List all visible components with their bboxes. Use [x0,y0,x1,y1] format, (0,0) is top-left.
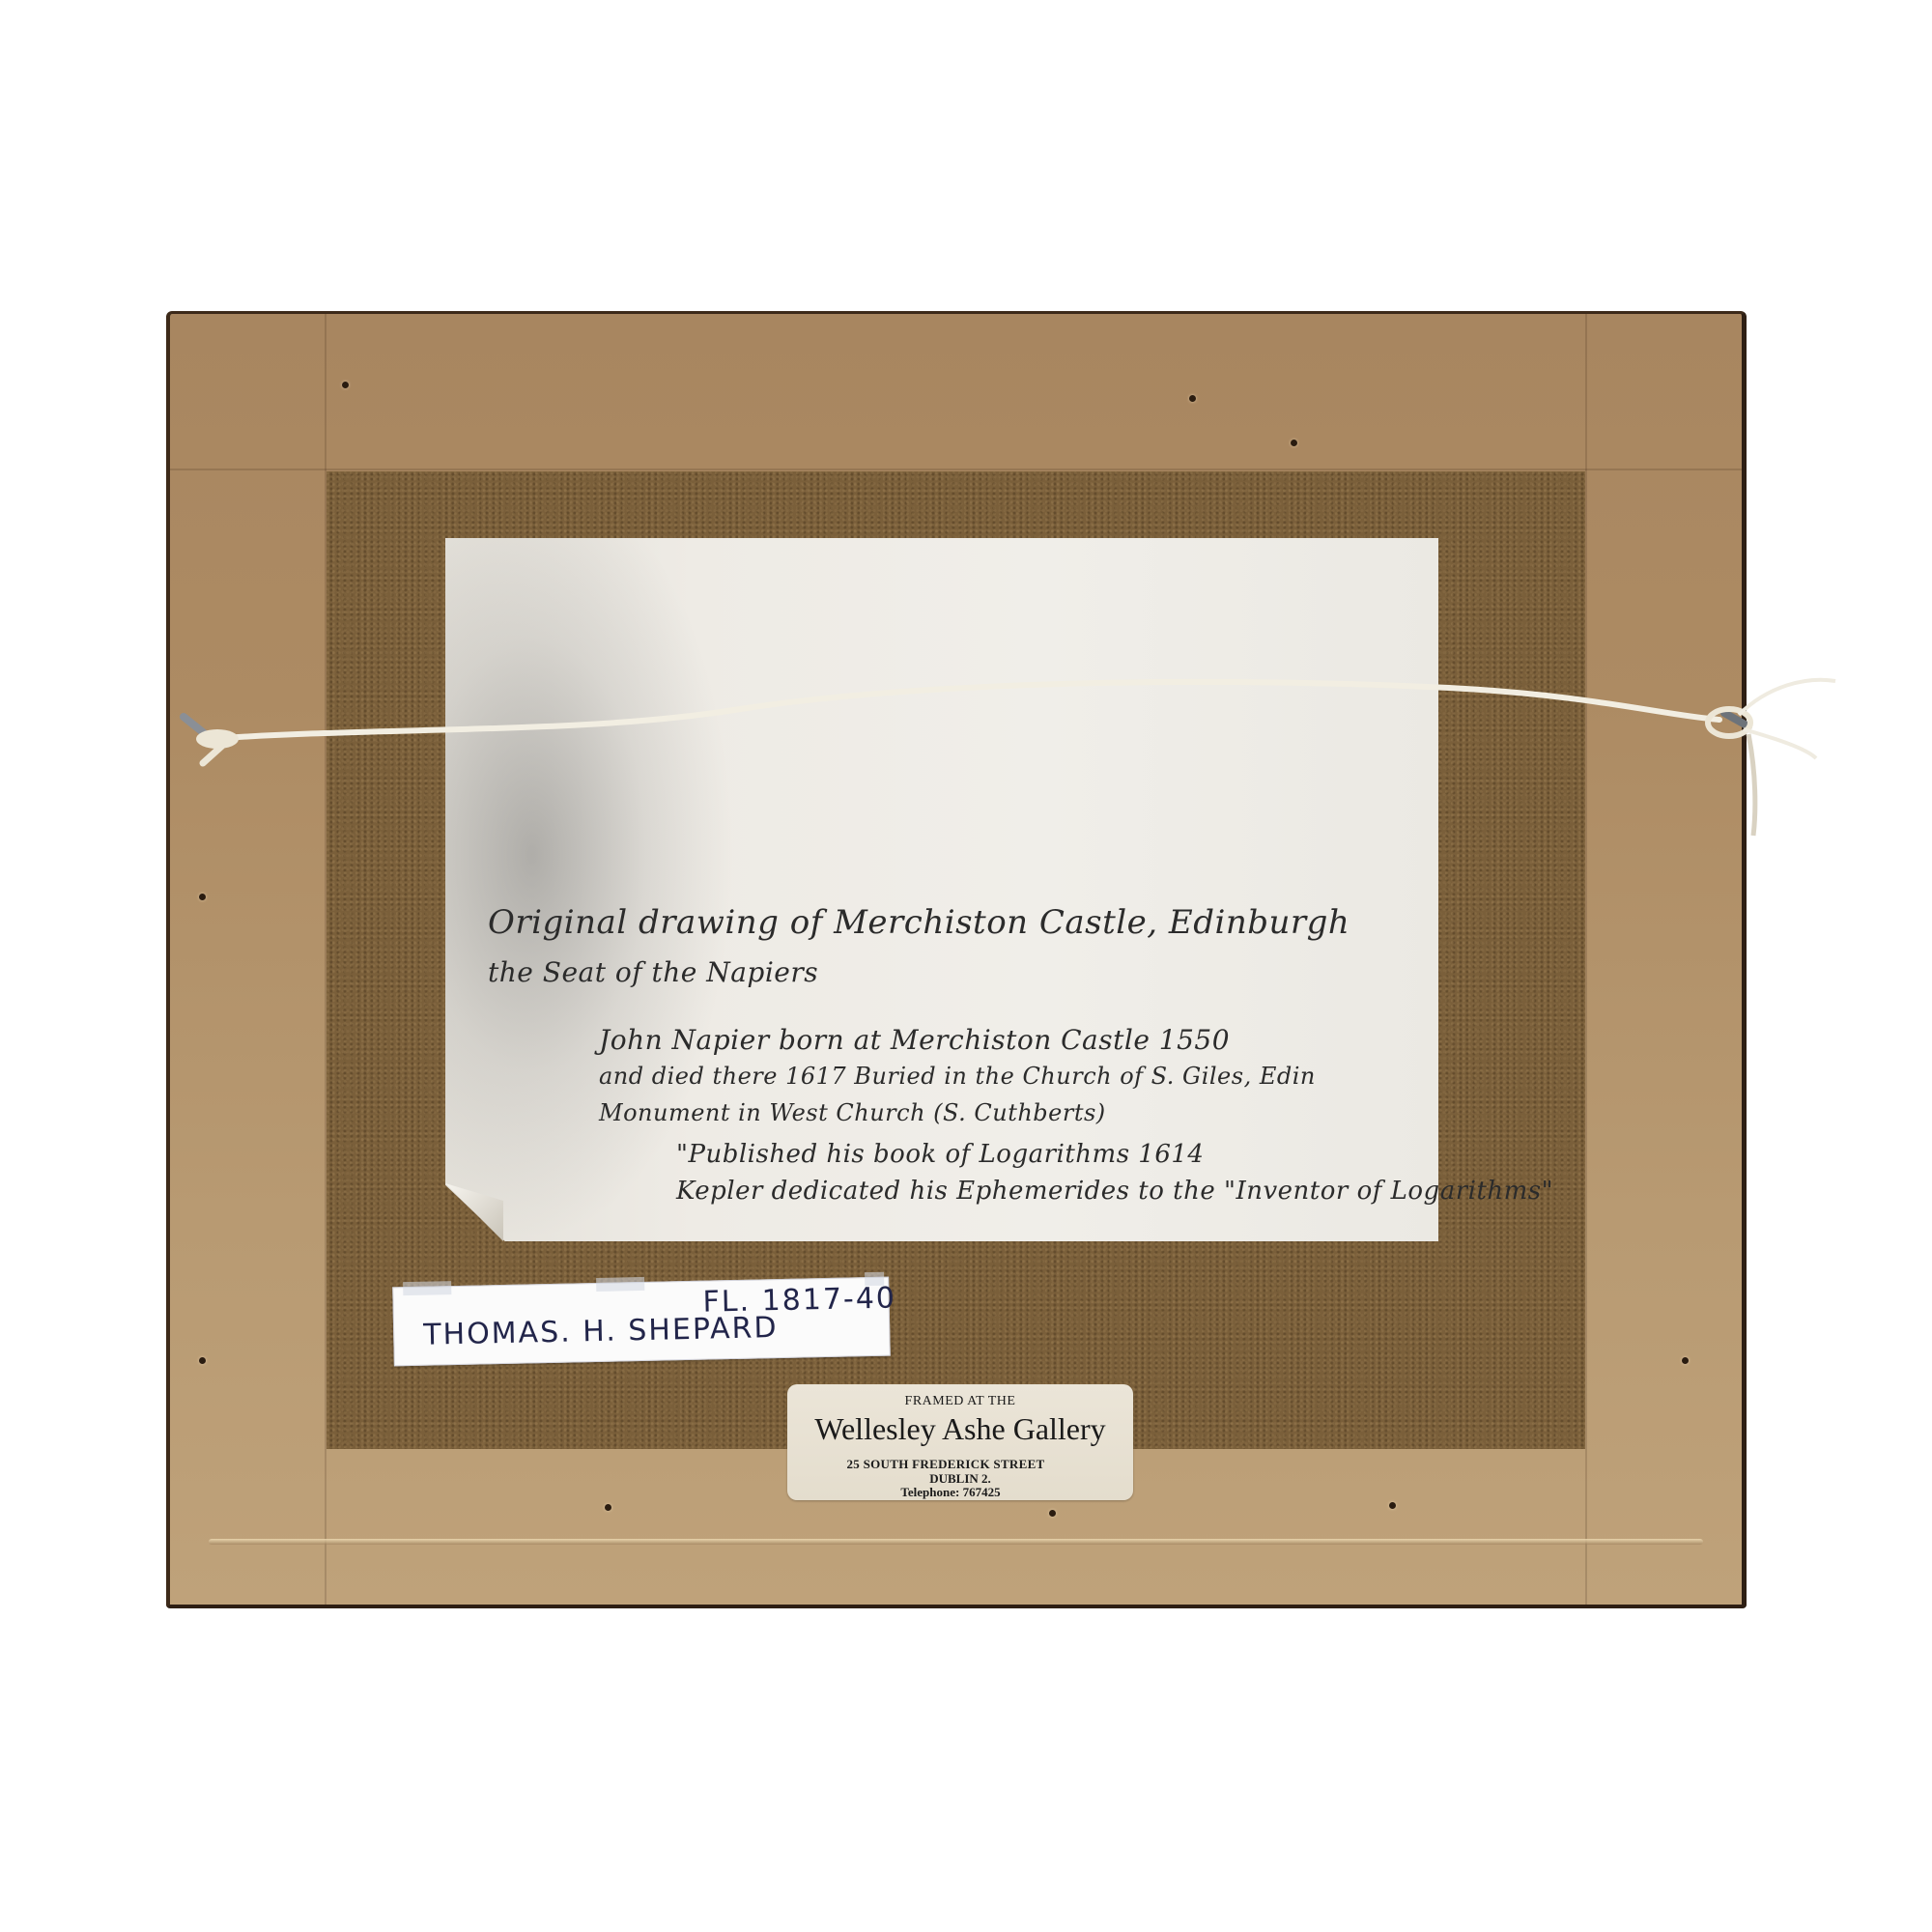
tape-piece [596,1277,644,1292]
nail-hole [1682,1357,1689,1364]
gallery-telephone: Telephone: 767425 [768,1485,1133,1500]
nail-hole [605,1504,611,1511]
gallery-name: Wellesley Ashe Gallery [787,1411,1133,1447]
nail-hole [1189,395,1196,402]
gallery-address: 25 SOUTH FREDERICK STREET [758,1457,1133,1472]
note-line-title: Original drawing of Merchiston Castle, E… [488,903,1350,942]
nail-hole [199,894,206,900]
gallery-framed-at: FRAMED AT THE [787,1394,1133,1409]
note-line-born: John Napier born at Merchiston Castle 15… [599,1024,1230,1056]
nail-hole [1389,1502,1396,1509]
artist-name: THOMAS. H. SHEPARD [423,1311,779,1352]
nail-hole [342,382,349,388]
note-line-kepler: Kepler dedicated his Ephemerides to the … [676,1177,1553,1206]
note-line-died: and died there 1617 Buried in the Church… [599,1063,1316,1090]
note-line-seat: the Seat of the Napiers [488,956,818,988]
bottom-crease [209,1539,1703,1545]
tape-edge [1585,314,1587,1605]
note-line-published: "Published his book of Logarithms 1614 [676,1140,1204,1169]
tape-edge [170,469,1742,470]
nail-hole [1049,1510,1056,1517]
nail-hole [1291,440,1297,446]
ink-smudge [445,538,735,1241]
tape-piece [403,1281,451,1295]
handwritten-note [445,538,1438,1241]
gallery-sticker: FRAMED AT THE Wellesley Ashe Gallery 25 … [787,1384,1133,1500]
note-line-monument: Monument in West Church (S. Cuthberts) [599,1099,1106,1126]
nail-hole [199,1357,206,1364]
artist-label: FL. 1817-40 THOMAS. H. SHEPARD [392,1277,891,1367]
